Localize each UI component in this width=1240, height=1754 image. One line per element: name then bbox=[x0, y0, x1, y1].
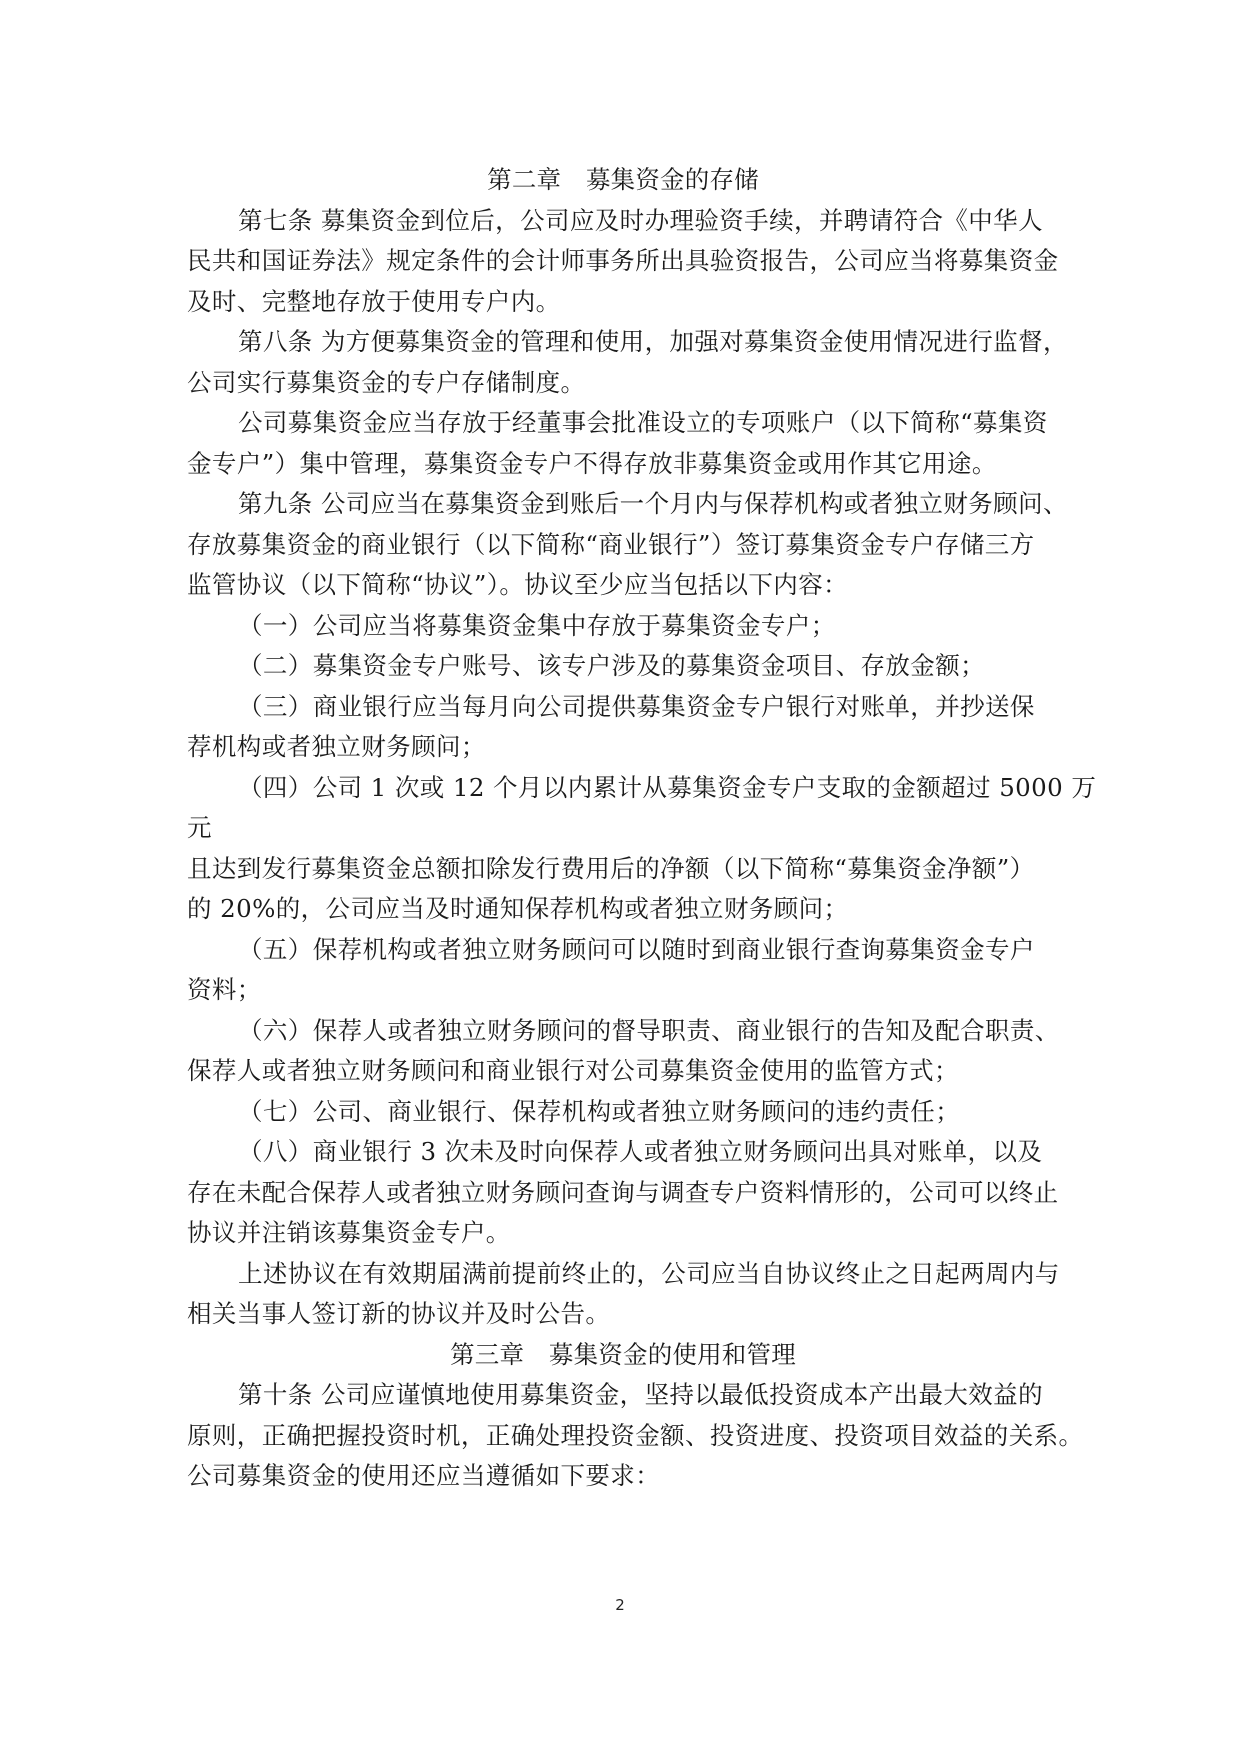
list-item-3: （三）商业银行应当每月向公司提供募集资金专户银行对账单，并抄送保 bbox=[187, 687, 1059, 728]
paragraph-line: 相关当事人签订新的协议并及时公告。 bbox=[187, 1294, 1059, 1335]
list-item-6: （六）保荐人或者独立财务顾问的督导职责、商业银行的告知及配合职责、 bbox=[187, 1011, 1059, 1052]
list-item-5: （五）保荐机构或者独立财务顾问可以随时到商业银行查询募集资金专户 bbox=[187, 930, 1059, 971]
list-item-4-cont: 且达到发行募集资金总额扣除发行费用后的净额（以下简称“募集资金净额”） bbox=[187, 849, 1059, 890]
article-9-line-2: 存放募集资金的商业银行（以下简称“商业银行”）签订募集资金专户存储三方 bbox=[187, 525, 1059, 566]
article-7-line-3: 及时、完整地存放于使用专户内。 bbox=[187, 282, 1059, 323]
article-9-line-1: 第九条 公司应当在募集资金到账后一个月内与保荐机构或者独立财务顾问、 bbox=[187, 484, 1059, 525]
list-item-7: （七）公司、商业银行、保荐机构或者独立财务顾问的违约责任； bbox=[187, 1092, 1059, 1133]
list-item-1: （一）公司应当将募集资金集中存放于募集资金专户； bbox=[187, 606, 1059, 647]
list-item-3-cont: 荐机构或者独立财务顾问； bbox=[187, 727, 1059, 768]
chapter-heading-2: 第二章 募集资金的存储 bbox=[187, 160, 1059, 201]
list-item-8-cont: 协议并注销该募集资金专户。 bbox=[187, 1213, 1059, 1254]
document-body: 第二章 募集资金的存储 第七条 募集资金到位后，公司应及时办理验资手续，并聘请符… bbox=[187, 160, 1059, 1497]
article-10-line-2: 原则，正确把握投资时机，正确处理投资金额、投资进度、投资项目效益的关系。 bbox=[187, 1416, 1059, 1457]
article-7-line-1: 第七条 募集资金到位后，公司应及时办理验资手续，并聘请符合《中华人 bbox=[187, 201, 1059, 242]
article-10-line-3: 公司募集资金的使用还应当遵循如下要求： bbox=[187, 1456, 1059, 1497]
paragraph-line: 公司募集资金应当存放于经董事会批准设立的专项账户（以下简称“募集资 bbox=[187, 403, 1059, 444]
article-9-line-3: 监管协议（以下简称“协议”）。协议至少应当包括以下内容： bbox=[187, 565, 1059, 606]
chapter-heading-3: 第三章 募集资金的使用和管理 bbox=[187, 1335, 1059, 1376]
list-item-2: （二）募集资金专户账号、该专户涉及的募集资金项目、存放金额； bbox=[187, 646, 1059, 687]
article-10-line-1: 第十条 公司应谨慎地使用募集资金，坚持以最低投资成本产出最大效益的 bbox=[187, 1375, 1059, 1416]
list-item-6-cont: 保荐人或者独立财务顾问和商业银行对公司募集资金使用的监管方式； bbox=[187, 1051, 1059, 1092]
paragraph-line: 上述协议在有效期届满前提前终止的，公司应当自协议终止之日起两周内与 bbox=[187, 1254, 1059, 1295]
article-8-line-2: 公司实行募集资金的专户存储制度。 bbox=[187, 363, 1059, 404]
list-item-4-cont: 元 bbox=[187, 808, 1059, 849]
list-item-4: （四）公司 1 次或 12 个月以内累计从募集资金专户支取的金额超过 5000 … bbox=[187, 768, 1059, 809]
article-7-line-2: 民共和国证券法》规定条件的会计师事务所出具验资报告，公司应当将募集资金 bbox=[187, 241, 1059, 282]
list-item-8: （八）商业银行 3 次未及时向保荐人或者独立财务顾问出具对账单，以及 bbox=[187, 1132, 1059, 1173]
article-8-line-1: 第八条 为方便募集资金的管理和使用，加强对募集资金使用情况进行监督， bbox=[187, 322, 1059, 363]
list-item-8-cont: 存在未配合保荐人或者独立财务顾问查询与调查专户资料情形的，公司可以终止 bbox=[187, 1173, 1059, 1214]
list-item-5-cont: 资料； bbox=[187, 970, 1059, 1011]
page-number: 2 bbox=[0, 1596, 1240, 1614]
list-item-4-cont: 的 20%的，公司应当及时通知保荐机构或者独立财务顾问； bbox=[187, 889, 1059, 930]
paragraph-line: 金专户”）集中管理，募集资金专户不得存放非募集资金或用作其它用途。 bbox=[187, 444, 1059, 485]
